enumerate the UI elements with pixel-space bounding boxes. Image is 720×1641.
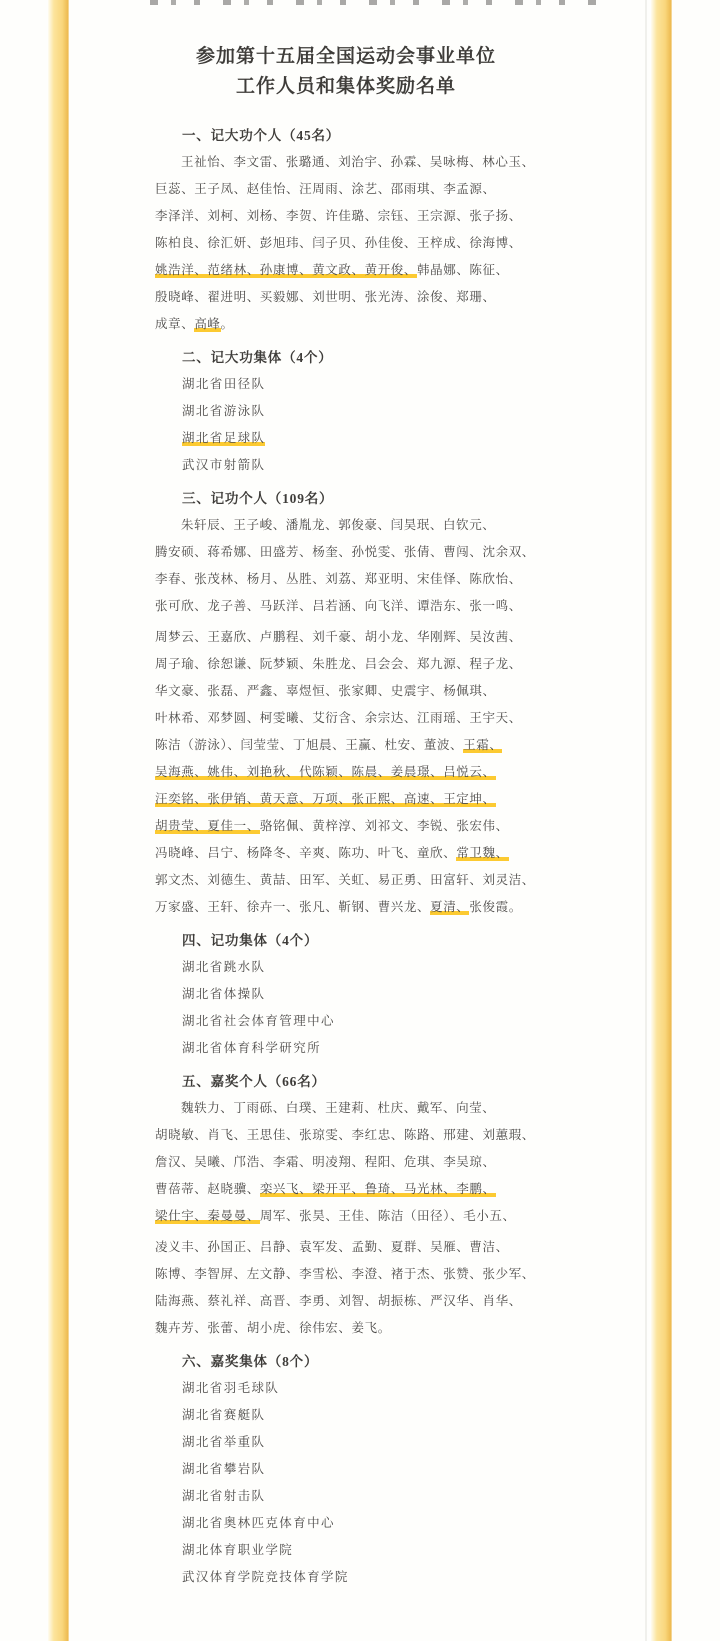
names-line: 魏轶力、丁雨砾、白璞、王建莉、杜庆、戴军、向莹、	[155, 1095, 537, 1122]
name-run: 陆海燕、蔡礼祥、高晋、李勇、刘智、胡振栋、严汉华、肖华、	[155, 1294, 522, 1308]
names-line: 陈博、李智屏、左文静、李雪松、李澄、褚于杰、张赞、张少军、	[155, 1261, 537, 1288]
page-edge-line	[645, 0, 647, 1641]
highlighted-name-run: 吴海燕、姚伟、刘艳秋、代陈颖、陈晨、姜晨璟、吕悦云、	[155, 765, 496, 780]
names-line: 腾安硕、蒋希娜、田盛芳、杨奎、孙悦雯、张倩、曹闯、沈余双、	[155, 539, 537, 566]
names-line: 胡晓敏、肖飞、王思佳、张琼雯、李红忠、陈路、邢建、刘蕙瑕、	[155, 1122, 537, 1149]
team-name: 湖北省羽毛球队	[182, 1381, 279, 1395]
names-line: 王祉怡、李文雷、张璐通、刘治宇、孙霖、吴咏梅、林心玉、	[155, 149, 537, 176]
document-title-line-1: 参加第十五届全国运动会事业单位	[155, 42, 537, 72]
name-run: 詹汉、吴曦、邝浩、李霜、明凌翔、程阳、危琪、李吴琼、	[155, 1155, 496, 1169]
names-line: 詹汉、吴曦、邝浩、李霜、明凌翔、程阳、危琪、李吴琼、	[155, 1149, 537, 1176]
name-run: 陈洁（游泳）、闫莹莹、丁旭晨、王赢、杜安、董波、	[155, 738, 463, 752]
team-name: 湖北省游泳队	[182, 404, 265, 418]
section-heading: 五、嘉奖个人（66名）	[155, 1068, 537, 1095]
highlighted-team-name: 湖北省足球队	[182, 431, 265, 446]
names-paragraph: 凌义丰、孙国正、吕静、袁军发、孟勤、夏群、吴雁、曹洁、陈博、李智屏、左文静、李雪…	[155, 1234, 537, 1342]
highlighted-name-run: 汪奕铭、张伊销、黄天意、万项、张正熙、高速、王定坤、	[155, 792, 496, 807]
name-run: 凌义丰、孙国正、吕静、袁军发、孟勤、夏群、吴雁、曹洁、	[155, 1240, 509, 1254]
names-paragraph: 朱轩辰、王子峻、潘胤龙、郭俊豪、闫昊珉、白钦元、腾安硕、蒋希娜、田盛芳、杨奎、孙…	[155, 512, 537, 620]
team-line: 湖北体育职业学院	[155, 1537, 537, 1564]
highlighted-name-run: 常卫魏、	[456, 846, 508, 861]
name-run: 。	[221, 317, 234, 331]
names-line: 周子瑜、徐恕谦、阮梦颖、朱胜龙、吕会会、郑九源、程子龙、	[155, 651, 537, 678]
team-line: 湖北省举重队	[155, 1429, 537, 1456]
team-line: 武汉体育学院竞技体育学院	[155, 1564, 537, 1591]
name-run: 陈柏良、徐汇妍、彭旭玮、闫子贝、孙佳俊、王梓成、徐海博、	[155, 236, 522, 250]
names-line: 冯晓峰、吕宁、杨降冬、辛爽、陈功、叶飞、童欣、常卫魏、	[155, 840, 537, 867]
team-line: 武汉市射箭队	[155, 452, 537, 479]
names-line: 胡贵莹、夏佳一、骆铭佩、黄梓淳、刘祁文、李锐、张宏伟、	[155, 813, 537, 840]
name-run: 张俊霞。	[469, 900, 521, 914]
names-line: 李春、张茂林、杨月、丛胜、刘荔、郑亚明、宋佳怿、陈欣怡、	[155, 566, 537, 593]
names-line: 梁仕宇、秦曼曼、周军、张昊、王佳、陈洁（田径）、毛小五、	[155, 1203, 537, 1230]
team-name: 武汉体育学院竞技体育学院	[182, 1570, 349, 1584]
scanned-document-page: 参加第十五届全国运动会事业单位 工作人员和集体奖励名单 一、记大功个人（45名）…	[0, 0, 720, 1641]
highlighted-name-run: 栾兴飞、梁开平、鲁琦、马光林、李鹏、	[260, 1182, 496, 1197]
right-yellow-border-stripe	[651, 0, 672, 1641]
highlighted-name-run: 高峰	[194, 317, 220, 332]
section-heading: 六、嘉奖集体（8个）	[155, 1348, 537, 1375]
team-line: 湖北省田径队	[155, 371, 537, 398]
team-name: 湖北省攀岩队	[182, 1462, 265, 1476]
left-yellow-border-stripe	[48, 0, 69, 1641]
team-line: 湖北省射击队	[155, 1483, 537, 1510]
names-line: 陈柏良、徐汇妍、彭旭玮、闫子贝、孙佳俊、王梓成、徐海博、	[155, 230, 537, 257]
names-line: 吴海燕、姚伟、刘艳秋、代陈颖、陈晨、姜晨璟、吕悦云、	[155, 759, 537, 786]
names-line: 姚浩洋、范绪林、孙康博、黄文政、黄开俊、韩晶娜、陈征、	[155, 257, 537, 284]
names-line: 郭文杰、刘德生、黄喆、田军、关虹、易正勇、田富轩、刘灵洁、	[155, 867, 537, 894]
team-line: 湖北省赛艇队	[155, 1402, 537, 1429]
name-run: 巨蕊、王子凤、赵佳怡、汪周雨、涂艺、邵雨琪、李孟源、	[155, 182, 496, 196]
highlighted-name-run: 王霜、	[463, 738, 502, 753]
name-run: 周军、张昊、王佳、陈洁（田径）、毛小五、	[260, 1209, 516, 1223]
names-line: 殷晓峰、翟进明、买毅娜、刘世明、张光涛、涂俊、郑珊、	[155, 284, 537, 311]
name-run: 叶林希、邓梦圆、柯雯曦、艾衍含、余宗达、江雨瑶、王宇天、	[155, 711, 522, 725]
name-run: 魏轶力、丁雨砾、白璞、王建莉、杜庆、戴军、向莹、	[181, 1101, 495, 1115]
name-run: 曹蓓蒂、赵晓骥、	[155, 1182, 260, 1196]
name-run: 胡晓敏、肖飞、王思佳、张琼雯、李红忠、陈路、邢建、刘蕙瑕、	[155, 1128, 535, 1142]
document-title: 参加第十五届全国运动会事业单位 工作人员和集体奖励名单	[155, 42, 537, 102]
document-body: 参加第十五届全国运动会事业单位 工作人员和集体奖励名单 一、记大功个人（45名）…	[155, 34, 537, 1591]
section-heading: 一、记大功个人（45名）	[155, 122, 537, 149]
team-line: 湖北省足球队	[155, 425, 537, 452]
section-heading: 四、记功集体（4个）	[155, 927, 537, 954]
highlighted-name-run: 梁仕宇、秦曼曼、	[155, 1209, 260, 1224]
highlighted-name-run: 胡贵莹、夏佳一、	[155, 819, 260, 834]
names-line: 陆海燕、蔡礼祥、高晋、李勇、刘智、胡振栋、严汉华、肖华、	[155, 1288, 537, 1315]
names-line: 李泽洋、刘柯、刘杨、李贺、许佳璐、宗钰、王宗源、张子扬、	[155, 203, 537, 230]
names-line: 万家盛、王轩、徐卉一、张凡、靳钢、曹兴龙、夏清、张俊霞。	[155, 894, 537, 921]
team-name: 湖北省赛艇队	[182, 1408, 265, 1422]
names-line: 魏卉芳、张蕾、胡小虎、徐伟宏、姜飞。	[155, 1315, 537, 1342]
name-run: 张可欣、龙子善、马跃洋、吕若涵、向飞洋、谭浩东、张一鸣、	[155, 599, 522, 613]
team-name: 湖北省体育科学研究所	[182, 1041, 321, 1055]
team-name: 湖北省体操队	[182, 987, 265, 1001]
name-run: 郭文杰、刘德生、黄喆、田军、关虹、易正勇、田富轩、刘灵洁、	[155, 873, 535, 887]
name-run: 冯晓峰、吕宁、杨降冬、辛爽、陈功、叶飞、童欣、	[155, 846, 456, 860]
names-line: 成章、高峰。	[155, 311, 537, 338]
highlighted-name-run: 姚浩洋、范绪林、孙康博、黄文政、黄开俊、	[155, 263, 417, 278]
names-line: 凌义丰、孙国正、吕静、袁军发、孟勤、夏群、吴雁、曹洁、	[155, 1234, 537, 1261]
names-line: 巨蕊、王子凤、赵佳怡、汪周雨、涂艺、邵雨琪、李孟源、	[155, 176, 537, 203]
name-run: 魏卉芳、张蕾、胡小虎、徐伟宏、姜飞。	[155, 1321, 391, 1335]
name-run: 陈博、李智屏、左文静、李雪松、李澄、褚于杰、张赞、张少军、	[155, 1267, 535, 1281]
cropped-text-remnant	[150, 0, 598, 5]
team-line: 湖北省羽毛球队	[155, 1375, 537, 1402]
name-run: 李泽洋、刘柯、刘杨、李贺、许佳璐、宗钰、王宗源、张子扬、	[155, 209, 522, 223]
names-line: 叶林希、邓梦圆、柯雯曦、艾衍含、余宗达、江雨瑶、王宇天、	[155, 705, 537, 732]
name-run: 韩晶娜、陈征、	[417, 263, 509, 277]
team-name: 湖北省射击队	[182, 1489, 265, 1503]
section-heading: 二、记大功集体（4个）	[155, 344, 537, 371]
names-line: 朱轩辰、王子峻、潘胤龙、郭俊豪、闫昊珉、白钦元、	[155, 512, 537, 539]
names-line: 周梦云、王嘉欣、卢鹏程、刘千豪、胡小龙、华刚辉、吴汝茜、	[155, 624, 537, 651]
names-line: 汪奕铭、张伊销、黄天意、万项、张正熙、高速、王定坤、	[155, 786, 537, 813]
name-run: 万家盛、王轩、徐卉一、张凡、靳钢、曹兴龙、	[155, 900, 430, 914]
team-line: 湖北省社会体育管理中心	[155, 1008, 537, 1035]
name-run: 成章、	[155, 317, 194, 331]
name-run: 朱轩辰、王子峻、潘胤龙、郭俊豪、闫昊珉、白钦元、	[181, 518, 495, 532]
names-line: 张可欣、龙子善、马跃洋、吕若涵、向飞洋、谭浩东、张一鸣、	[155, 593, 537, 620]
name-run: 骆铭佩、黄梓淳、刘祁文、李锐、张宏伟、	[260, 819, 509, 833]
sections-container: 一、记大功个人（45名）王祉怡、李文雷、张璐通、刘治宇、孙霖、吴咏梅、林心玉、巨…	[155, 122, 537, 1591]
team-line: 湖北省体育科学研究所	[155, 1035, 537, 1062]
team-name: 武汉市射箭队	[182, 458, 265, 472]
name-run: 殷晓峰、翟进明、买毅娜、刘世明、张光涛、涂俊、郑珊、	[155, 290, 496, 304]
team-name: 湖北省举重队	[182, 1435, 265, 1449]
name-run: 腾安硕、蒋希娜、田盛芳、杨奎、孙悦雯、张倩、曹闯、沈余双、	[155, 545, 535, 559]
names-paragraph: 周梦云、王嘉欣、卢鹏程、刘千豪、胡小龙、华刚辉、吴汝茜、周子瑜、徐恕谦、阮梦颖、…	[155, 624, 537, 921]
names-paragraph: 王祉怡、李文雷、张璐通、刘治宇、孙霖、吴咏梅、林心玉、巨蕊、王子凤、赵佳怡、汪周…	[155, 149, 537, 338]
team-name: 湖北省田径队	[182, 377, 265, 391]
names-line: 华文豪、张磊、严鑫、辜煜恒、张家卿、史震宇、杨佩琪、	[155, 678, 537, 705]
team-name: 湖北省奥林匹克体育中心	[182, 1516, 335, 1530]
team-name: 湖北省社会体育管理中心	[182, 1014, 335, 1028]
team-name: 湖北体育职业学院	[182, 1543, 293, 1557]
names-paragraph: 魏轶力、丁雨砾、白璞、王建莉、杜庆、戴军、向莹、胡晓敏、肖飞、王思佳、张琼雯、李…	[155, 1095, 537, 1230]
team-line: 湖北省跳水队	[155, 954, 537, 981]
section-heading: 三、记功个人（109名）	[155, 485, 537, 512]
names-line: 陈洁（游泳）、闫莹莹、丁旭晨、王赢、杜安、董波、王霜、	[155, 732, 537, 759]
document-title-line-2: 工作人员和集体奖励名单	[155, 72, 537, 102]
highlighted-name-run: 夏清、	[430, 900, 469, 915]
team-line: 湖北省奥林匹克体育中心	[155, 1510, 537, 1537]
team-line: 湖北省攀岩队	[155, 1456, 537, 1483]
team-name: 湖北省跳水队	[182, 960, 265, 974]
names-line: 曹蓓蒂、赵晓骥、栾兴飞、梁开平、鲁琦、马光林、李鹏、	[155, 1176, 537, 1203]
name-run: 王祉怡、李文雷、张璐通、刘治宇、孙霖、吴咏梅、林心玉、	[181, 155, 535, 169]
name-run: 李春、张茂林、杨月、丛胜、刘荔、郑亚明、宋佳怿、陈欣怡、	[155, 572, 522, 586]
team-line: 湖北省体操队	[155, 981, 537, 1008]
name-run: 周子瑜、徐恕谦、阮梦颖、朱胜龙、吕会会、郑九源、程子龙、	[155, 657, 522, 671]
team-line: 湖北省游泳队	[155, 398, 537, 425]
name-run: 周梦云、王嘉欣、卢鹏程、刘千豪、胡小龙、华刚辉、吴汝茜、	[155, 630, 522, 644]
name-run: 华文豪、张磊、严鑫、辜煜恒、张家卿、史震宇、杨佩琪、	[155, 684, 496, 698]
